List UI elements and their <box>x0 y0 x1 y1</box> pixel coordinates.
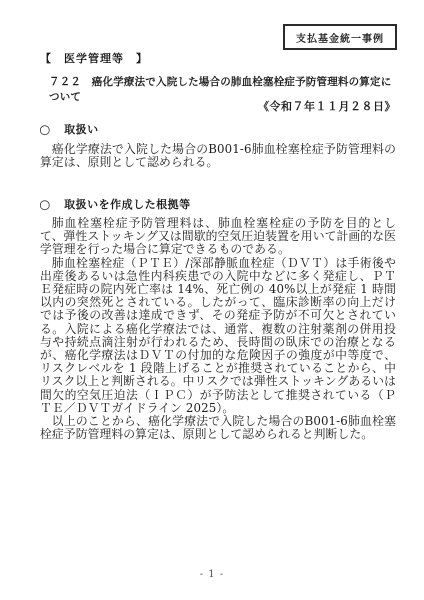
stamp-text: 支払基金統一事例 <box>296 34 384 45</box>
paragraph: 肺血栓塞栓症予防管理料は、肺血栓塞栓症の予防を目的として、弾性ストッキング又は間… <box>40 217 396 257</box>
circle-bullet-icon: ○ <box>39 122 51 137</box>
page-number: - 1 - <box>0 569 424 580</box>
section-handling-body: 癌化学療法で入院した場合のB001-6肺血栓塞栓症予防管理料の算定は、原則として… <box>40 143 396 169</box>
section-rationale-heading: ○取扱いを作成した根拠等 <box>40 196 191 212</box>
stamp-box: 支払基金統一事例 <box>283 24 397 50</box>
paragraph: 癌化学療法で入院した場合のB001-6肺血栓塞栓症予防管理料の算定は、原則として… <box>40 143 396 169</box>
category-heading: 【 医学管理等 】 <box>40 50 148 66</box>
section-rationale-heading-label: 取扱いを作成した根拠等 <box>64 198 191 211</box>
document-page: 支払基金統一事例 【 医学管理等 】 ７２２ 癌化学療法で入院した場合の肺血栓塞… <box>0 0 424 600</box>
document-date: 《令和７年１１月２８日》 <box>258 98 396 114</box>
circle-bullet-icon: ○ <box>39 197 51 212</box>
paragraph: 以上のことから、癌化学療法で入院した場合のB001-6肺血栓塞栓症予防管理料の算… <box>40 415 396 441</box>
section-rationale-body: 肺血栓塞栓症予防管理料は、肺血栓塞栓症の予防を目的として、弾性ストッキング又は間… <box>40 217 396 441</box>
section-handling-heading: ○取扱い <box>40 121 99 137</box>
paragraph: 肺血栓塞栓症（ＰＴＥ）/深部静脈血栓症（ＤＶＴ）は手術後や出産後あるいは急性内科… <box>40 257 396 415</box>
section-handling-heading-label: 取扱い <box>64 123 99 136</box>
